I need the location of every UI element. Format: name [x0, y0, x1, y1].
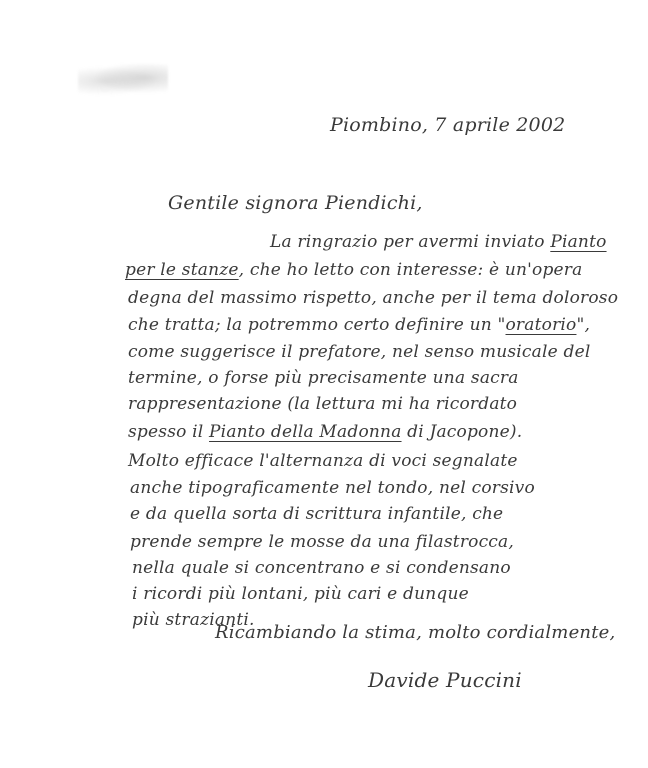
body-text: Molto efficace l'alternanza di voci segn…: [128, 451, 518, 471]
place-date: Piombino, 7 aprile 2002: [330, 114, 565, 136]
body-text: e da quella sorta di scrittura infantile…: [130, 504, 503, 524]
body-line: come suggerisce il prefatore, nel senso …: [128, 342, 590, 362]
body-text: anche tipograficamente nel tondo, nel co…: [130, 478, 535, 498]
body-text: che tratta; la potremmo certo definire u…: [128, 315, 506, 335]
body-text: i ricordi più lontani, più cari e dunque: [132, 584, 469, 604]
body-line: che tratta; la potremmo certo definire u…: [128, 315, 590, 335]
body-text: come suggerisce il prefatore, nel senso …: [128, 342, 590, 362]
body-text: degna del massimo rispetto, anche per il…: [128, 288, 618, 308]
body-line: per le stanze, che ho letto con interess…: [125, 260, 582, 280]
underlined-title: Pianto: [550, 232, 606, 252]
body-line: degna del massimo rispetto, anche per il…: [128, 288, 618, 308]
signature: Davide Puccini: [368, 668, 522, 692]
body-text: La ringrazio per avermi inviato: [270, 232, 550, 252]
body-line: nella quale si concentrano e si condensa…: [132, 558, 511, 578]
underlined-title: per le stanze: [125, 260, 239, 280]
body-text: nella quale si concentrano e si condensa…: [132, 558, 511, 578]
salutation: Gentile signora Piendichi,: [168, 192, 423, 214]
body-text: prende sempre le mosse da una filastrocc…: [130, 532, 514, 552]
underlined-title: oratorio: [506, 315, 577, 335]
body-line: Molto efficace l'alternanza di voci segn…: [128, 451, 518, 471]
body-line: termine, o forse più precisamente una sa…: [128, 368, 519, 388]
paper-smudge: [78, 64, 168, 98]
body-line: La ringrazio per avermi inviato Pianto: [270, 232, 607, 252]
body-line: spesso il Pianto della Madonna di Jacopo…: [128, 422, 522, 442]
body-text: termine, o forse più precisamente una sa…: [128, 368, 519, 388]
letter-page: Piombino, 7 aprile 2002 Gentile signora …: [0, 0, 648, 768]
body-line: rappresentazione (la lettura mi ha ricor…: [128, 394, 517, 414]
body-line: i ricordi più lontani, più cari e dunque: [132, 584, 469, 604]
body-line: prende sempre le mosse da una filastrocc…: [130, 532, 514, 552]
body-text: , che ho letto con interesse: è un'opera: [239, 260, 583, 280]
underlined-title: Pianto della Madonna: [209, 422, 401, 442]
body-text: rappresentazione (la lettura mi ha ricor…: [128, 394, 517, 414]
body-text: di Jacopone).: [402, 422, 523, 442]
body-text: spesso il: [128, 422, 209, 442]
closing: Ricambiando la stima, molto cordialmente…: [215, 622, 615, 643]
body-line: anche tipograficamente nel tondo, nel co…: [130, 478, 535, 498]
body-text: ",: [576, 315, 590, 335]
body-line: e da quella sorta di scrittura infantile…: [130, 504, 503, 524]
